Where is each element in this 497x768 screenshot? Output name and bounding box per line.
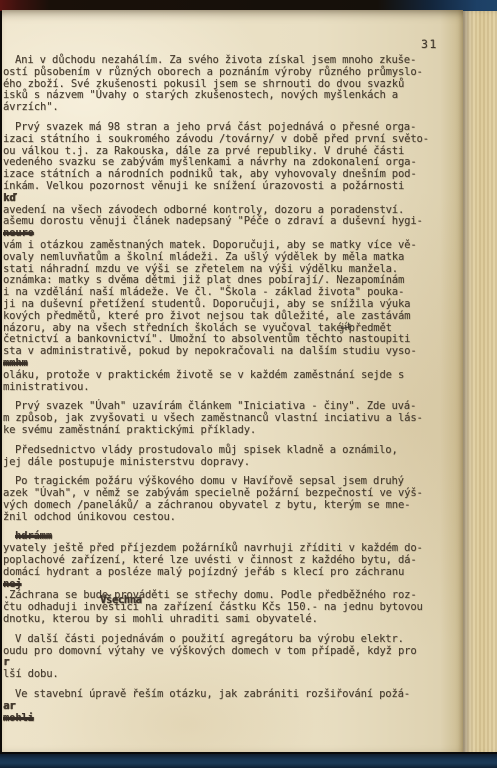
text-line: oudu pro domovní výtahy ve výškových dom… [3, 646, 461, 658]
text-line: ke svému zaměstnání praktickými příklady… [3, 425, 461, 437]
page-stack-edge [463, 11, 497, 754]
handwritten-note: jít [340, 321, 352, 334]
text-line: lší dobu. [3, 669, 461, 681]
text-line: dnotku, kterou by si mohli uhraditi sami… [3, 614, 461, 626]
paragraph: Po tragickém požáru výškového domu v Hav… [3, 476, 461, 523]
text-line: jej dále postupuje ministerstvu dopravy. [3, 457, 461, 469]
text-line: ínkám. Velkou pozornost věnuji ke snížen… [3, 181, 461, 193]
text-line: isků s názvem "Úvahy o starých zkušenost… [3, 90, 461, 102]
typed-insert-note: Všechna [100, 594, 141, 606]
text-line: ministrativou. [3, 382, 461, 394]
paragraph: V další části pojednávám o použití agreg… [3, 634, 461, 681]
text-line: r [3, 657, 461, 669]
text-line: ar [3, 701, 461, 713]
typewritten-text: Ani v důchodu nezahálím. Za svého života… [3, 55, 461, 724]
text-line: ávrzích". [3, 102, 461, 114]
paragraph: Ve stavební úpravě řeším otázku, jak zab… [3, 689, 461, 724]
text-line: mohli [3, 713, 461, 725]
paragraph: Prvý svazek "Úvah" uzavírám článkem "Ini… [3, 401, 461, 436]
text-line: sta v administrativě, pokud by nepokračo… [3, 346, 461, 358]
text-line: žnil odchod únikovou cestou. [3, 512, 461, 524]
text-line: ašemu dorostu věnuji článek nadepsaný "P… [3, 216, 461, 228]
book-cover-bottom-edge [0, 752, 497, 768]
paragraph: Ani v důchodu nezahálím. Za svého života… [3, 55, 461, 114]
paragraph: Prvý svazek má 98 stran a jeho prvá část… [3, 122, 461, 393]
book-scan: 31 Ani v důchodu nezahálím. Za svého živ… [0, 0, 497, 768]
paragraph: hdrámmyvately ještě před příjezdem požár… [3, 531, 461, 625]
text-line: Ve stavební úpravě řeším otázku, jak zab… [3, 689, 461, 701]
text-line: domácí hydrant a posléze malý pojízdný j… [3, 567, 461, 579]
typewritten-page: 31 Ani v důchodu nezahálím. Za svého živ… [2, 10, 463, 754]
page-number: 31 [421, 37, 438, 51]
paragraph: Předsednictvo vlády prostudovalo můj spi… [3, 445, 461, 469]
